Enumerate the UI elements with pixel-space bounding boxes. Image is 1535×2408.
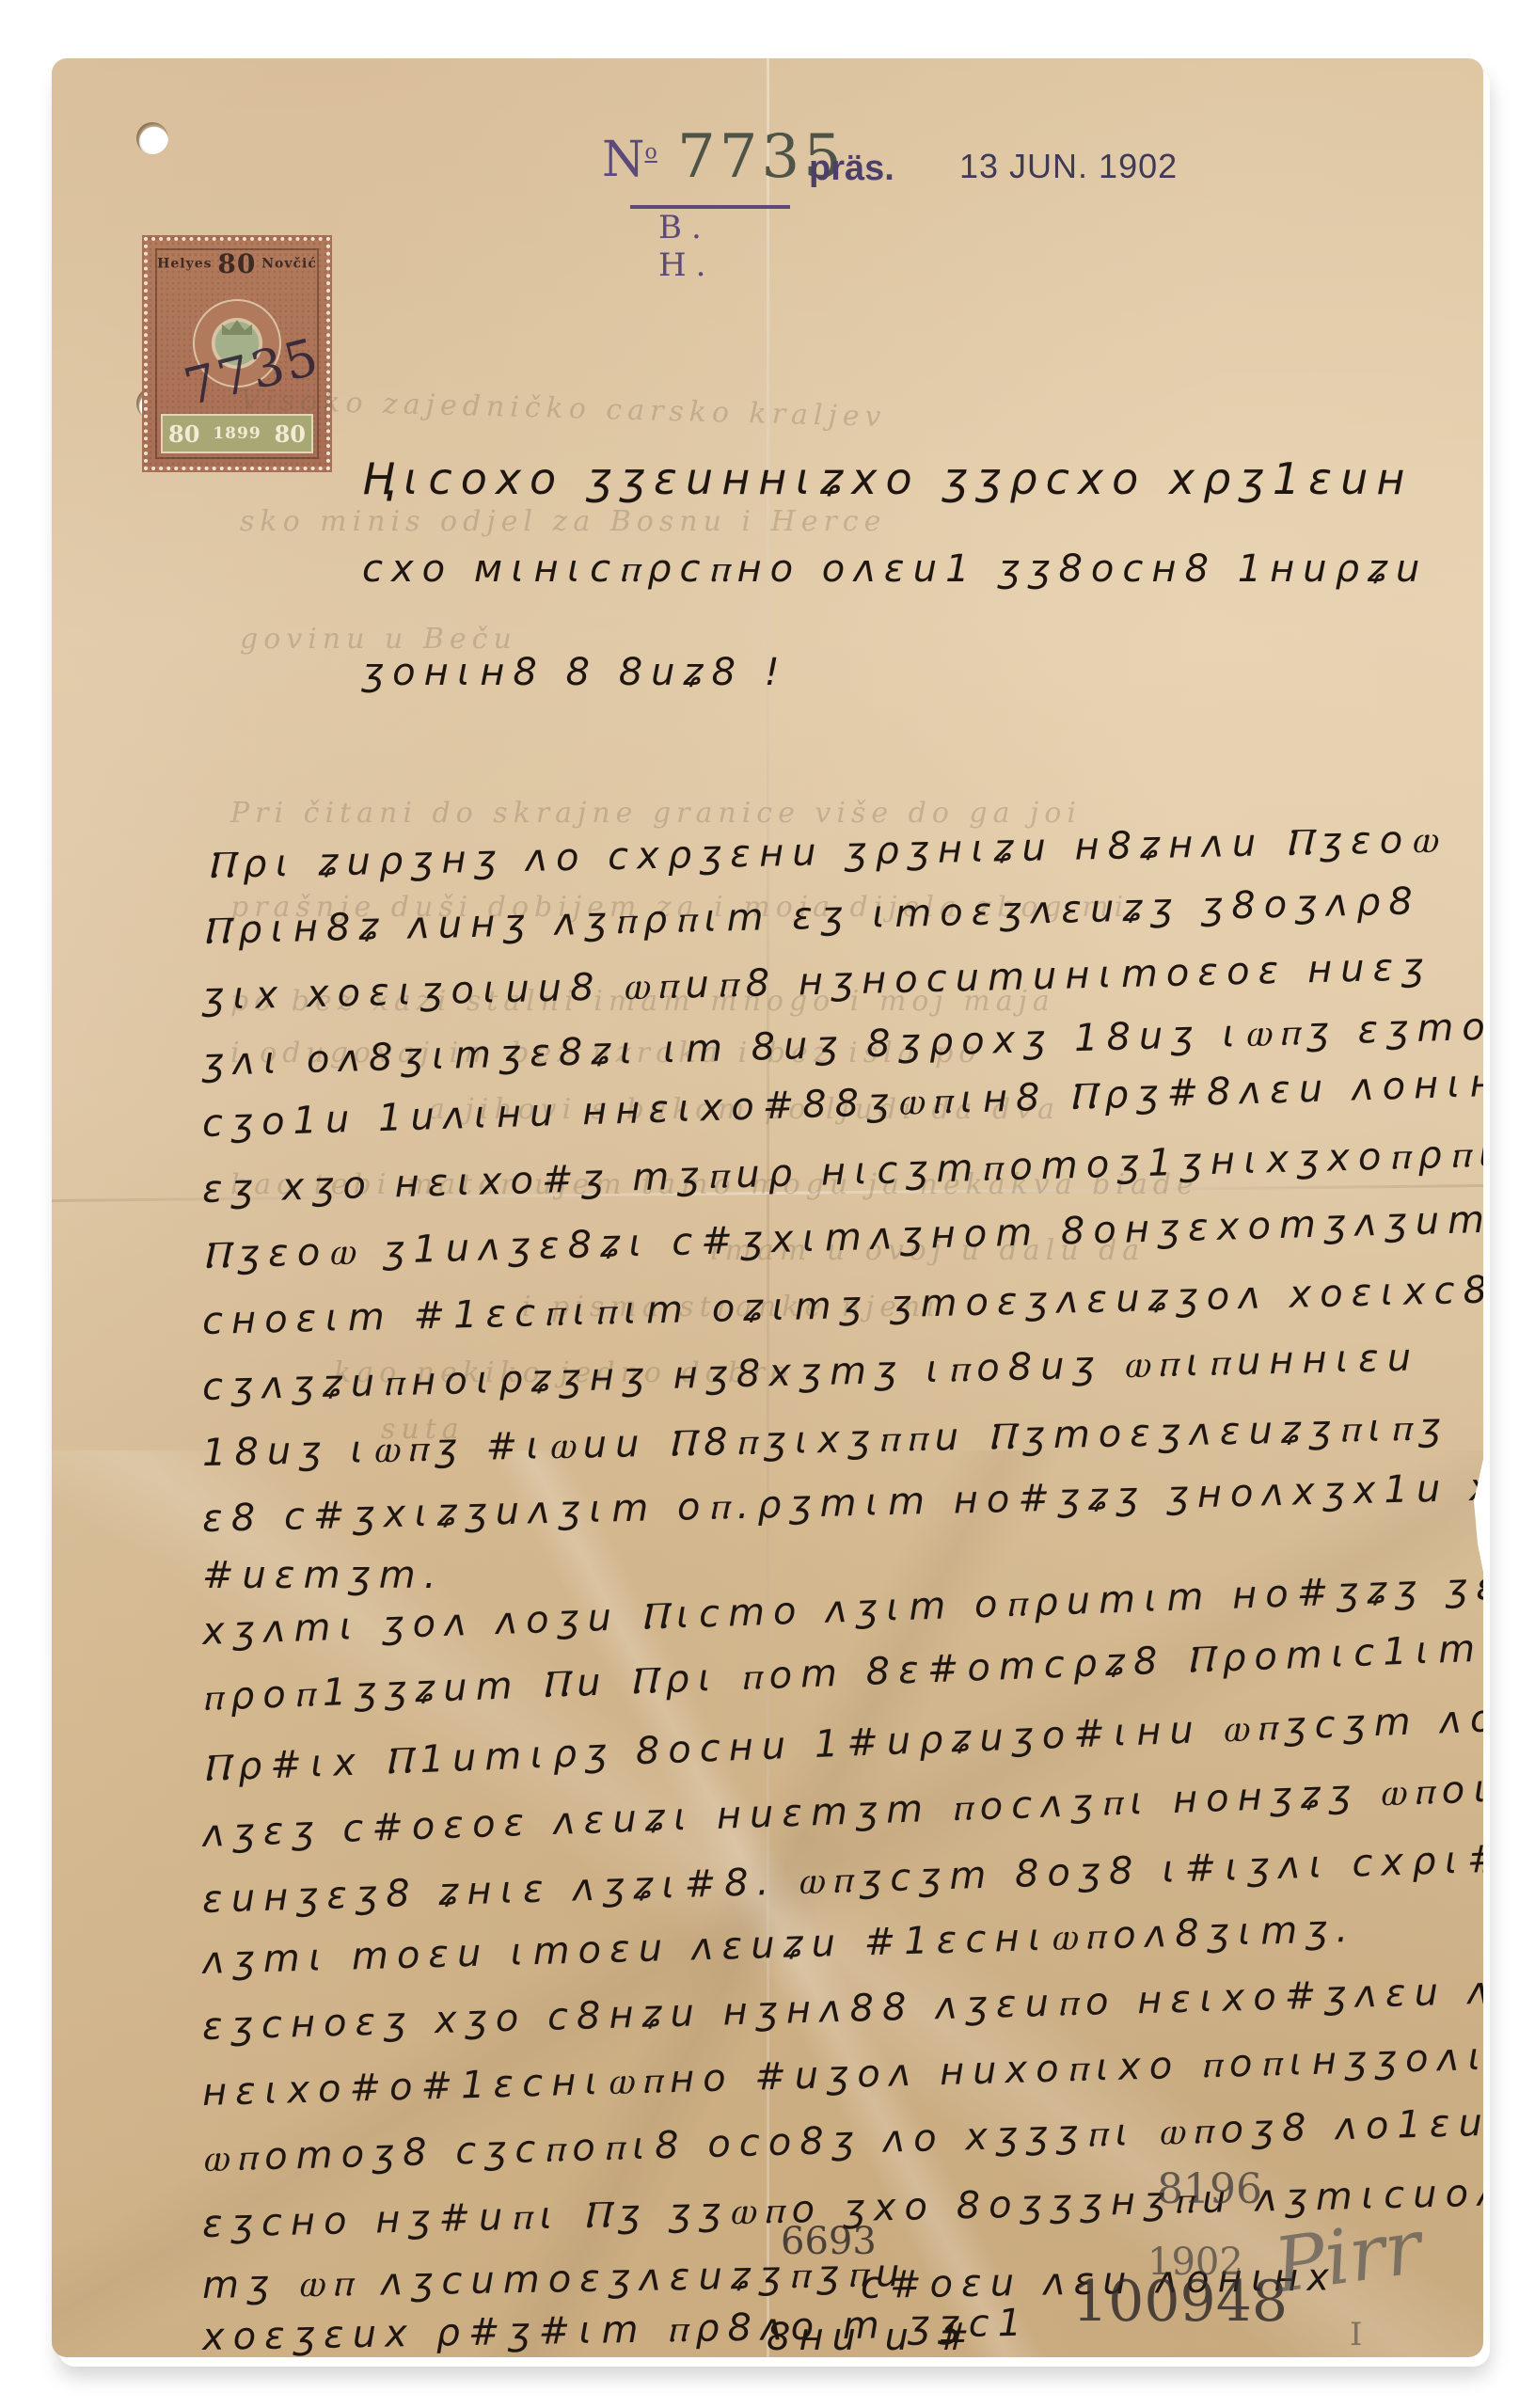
punch-hole-icon (136, 122, 168, 154)
cipher-body-line: cʜoɛɩm #1ɛcⲡɩⲡɩm oʑɩmʒ ʒmoɛʒʌɛuʑʒoʌ xoɛɩ… (201, 1268, 1483, 1343)
cipher-heading-line: ʒoʜɩʜ8 8 8uʑ8 ! (362, 651, 788, 694)
received-label: präs. (809, 149, 894, 189)
pencil-transliteration: Pri čitani do skrajne granice više do ga… (230, 797, 1082, 830)
cipher-body-line: #uɛmʒm. (202, 1554, 444, 1597)
document-page: No 7735 B. H. präs. 13 JUN. 1902 Helyes … (52, 58, 1483, 2357)
cipher-heading-line: cxo ᴍɩʜɩcⲡρcⲡʜo oʌɛu1 ʒʒ8ocʜ8 1ʜuρʑu (362, 547, 1428, 591)
registry-number-label: No (602, 132, 657, 188)
stamped-number: 6693 (781, 2220, 877, 2263)
pencil-transliteration: Visoko zajedničko carsko kraljev (240, 384, 887, 434)
pencil-transliteration: sko minis odjel za Bosnu i Herce (240, 505, 886, 538)
page-mark: I (1350, 2316, 1368, 2353)
stamp-top-text: Helyes 80 Novčić (148, 248, 326, 279)
stamp-value-banner: 80 1899 80 (161, 414, 313, 453)
cipher-heading-line: Ⱨɩcoxo ʒʒɛuʜʜɩʑxo ʒʒρcxo xρʒ1ɛuʜ (362, 453, 1413, 504)
cipher-body-line: cʒʌʒʑuⲡʜoɩρʑʒʜʒ ʜʒ8xʒmʒ ɩⲡo8uʒ ⲱⲡɩⲡuʜʜɩɛ… (201, 1336, 1419, 1409)
cipher-body-line-tail: 8ʜu u # (767, 2316, 977, 2357)
stamped-number: 100948 (1072, 2269, 1288, 2335)
registry-office: B. H. (658, 209, 715, 284)
crown-icon (222, 320, 252, 335)
stamped-number: 8196 (1157, 2165, 1262, 2213)
received-date: 13 JUN. 1902 (959, 147, 1178, 186)
revenue-stamp: Helyes 80 Novčić 7735 80 1899 80 (144, 237, 330, 470)
